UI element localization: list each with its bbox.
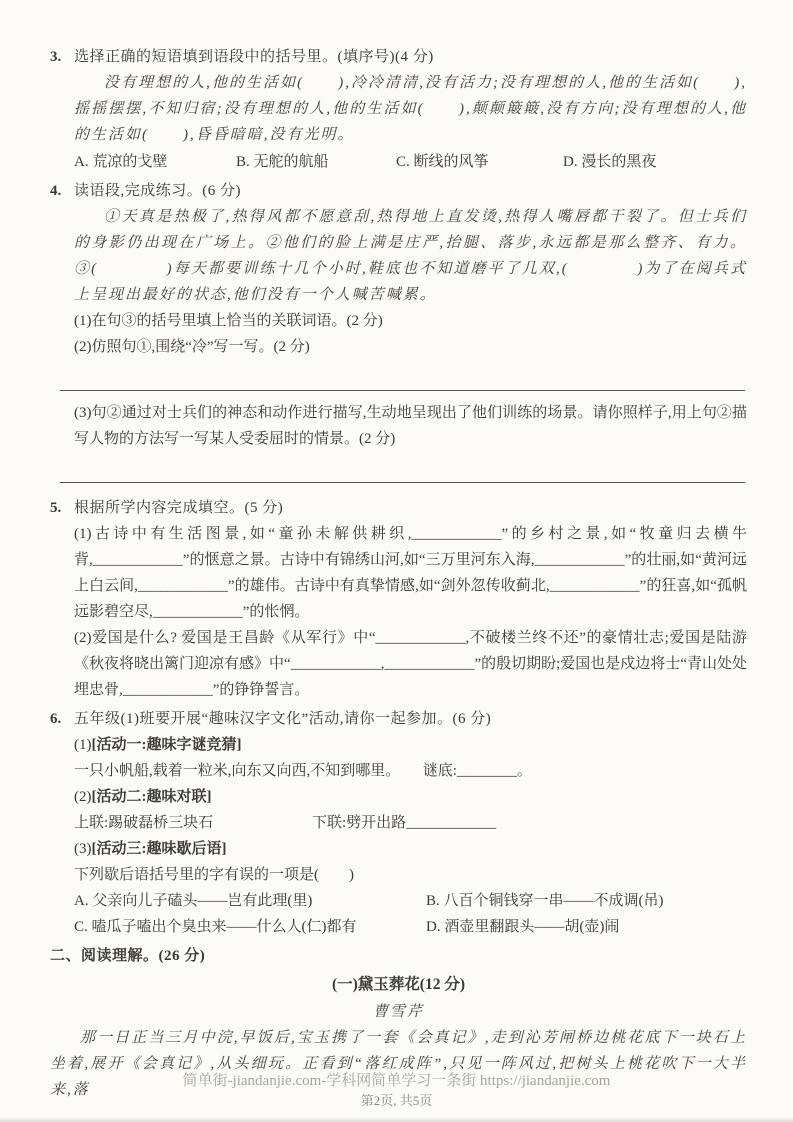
question-3-number: 3.: [50, 44, 74, 175]
activity-3-question: 下列歇后语括号里的字有误的一项是( ): [74, 862, 747, 888]
option-c: C. 断线的风筝: [396, 149, 563, 175]
exam-page: 3. 选择正确的短语填到语段中的括号里。(填序号)(4 分) 没有理想的人,他的…: [0, 0, 793, 1122]
answer-line: [60, 452, 745, 483]
activity-1-prefix: (1): [74, 737, 92, 753]
activity-2-label: (2)[活动二:趣味对联]: [74, 784, 747, 810]
question-3-options: A. 荒凉的戈壁 B. 无舵的航船 C. 断线的风筝 D. 漫长的黑夜: [74, 149, 747, 175]
question-5-sub2: (2)爱国是什么? 爱国是王昌龄《从军行》中“____________,不破楼兰…: [74, 625, 747, 703]
question-4-number: 4.: [50, 178, 74, 492]
question-6-stem: 五年级(1)班要开展“趣味汉字文化”活动,请你一起参加。(6 分): [74, 706, 747, 732]
section-2-heading: 二、阅读理解。(26 分): [50, 943, 747, 969]
reading-author: 曹雪芹: [50, 999, 747, 1025]
question-5-number: 5.: [50, 495, 74, 703]
question-3-stem: 选择正确的短语填到语段中的括号里。(填序号)(4 分): [74, 44, 747, 70]
question-5-stem: 根据所学内容完成填空。(5 分): [74, 495, 747, 521]
question-4-sub1: (1)在句③的括号里填上恰当的关联词语。(2 分): [74, 308, 747, 334]
question-4-passage: ①天真是热极了,热得风都不愿意刮,热得地上直发烫,热得人嘴唇都干裂了。但士兵们的…: [74, 204, 747, 308]
question-3: 3. 选择正确的短语填到语段中的括号里。(填序号)(4 分) 没有理想的人,他的…: [50, 44, 747, 175]
activity-2-couplet: 上联:踢破磊桥三块石 下联:劈开出路____________: [74, 810, 747, 836]
activity-2-title: [活动二:趣味对联]: [92, 789, 212, 805]
option-a: A. 父亲向儿子磕头——岂有此理(里): [74, 888, 426, 914]
couplet-upper: 上联:踢破磊桥三块石: [74, 810, 312, 836]
option-a: A. 荒凉的戈壁: [74, 149, 236, 175]
activity-3-prefix: (3): [74, 841, 92, 857]
couplet-lower: 下联:劈开出路____________: [312, 810, 496, 836]
footer-site-line: 简单街-jiandanjie.com-学科网简单学习一条街 https://ji…: [0, 1070, 793, 1092]
activity-1-label: (1)[活动一:趣味字谜竞猜]: [74, 732, 747, 758]
question-4-sub3: (3)句②通过对士兵们的神态和动作进行描写,生动地呈现出了他们训练的场景。请你照…: [74, 400, 747, 452]
question-5-sub1: (1)古诗中有生活图景,如“童孙未解供耕织,____________”的乡村之景…: [74, 521, 747, 625]
activity-3-title: [活动三:趣味歇后语]: [92, 841, 227, 857]
question-6: 6. 五年级(1)班要开展“趣味汉字文化”活动,请你一起参加。(6 分) (1)…: [50, 706, 747, 940]
question-3-passage: 没有理想的人,他的生活如( ),冷冷清清,没有活力;没有理想的人,他的生活如( …: [74, 70, 747, 148]
question-5: 5. 根据所学内容完成填空。(5 分) (1)古诗中有生活图景,如“童孙未解供耕…: [50, 495, 747, 703]
activity-3-options: A. 父亲向儿子磕头——岂有此理(里) B. 八百个铜钱穿一串——不成调(吊) …: [74, 888, 747, 940]
reading-title: (一)黛玉葬花(12 分): [50, 972, 747, 998]
question-4: 4. 读语段,完成练习。(6 分) ①天真是热极了,热得风都不愿意刮,热得地上直…: [50, 178, 747, 492]
activity-2-prefix: (2): [74, 789, 92, 805]
activity-3-label: (3)[活动三:趣味歇后语]: [74, 836, 747, 862]
option-c: C. 嗑瓜子嗑出个臭虫来——什么人(仁)都有: [74, 914, 426, 940]
option-b: B. 八百个铜钱穿一串——不成调(吊): [426, 888, 747, 914]
activity-1-title: [活动一:趣味字谜竞猜]: [92, 737, 242, 753]
activity-1-riddle: 一只小帆船,载着一粒米,向东又向西,不知到哪里。 谜底:________。: [74, 758, 747, 784]
footer-page-number: 第2页, 共5页: [0, 1092, 793, 1110]
question-4-sub2: (2)仿照句①,围绕“冷”写一写。(2 分): [74, 334, 747, 360]
option-d: D. 酒壶里翻跟头——胡(壶)闹: [426, 914, 747, 940]
option-d: D. 漫长的黑夜: [563, 149, 656, 175]
answer-line: [60, 360, 745, 391]
question-4-stem: 读语段,完成练习。(6 分): [74, 178, 747, 204]
option-b: B. 无舵的航船: [236, 149, 396, 175]
page-footer: 简单街-jiandanjie.com-学科网简单学习一条街 https://ji…: [0, 1070, 793, 1110]
question-6-number: 6.: [50, 706, 74, 940]
